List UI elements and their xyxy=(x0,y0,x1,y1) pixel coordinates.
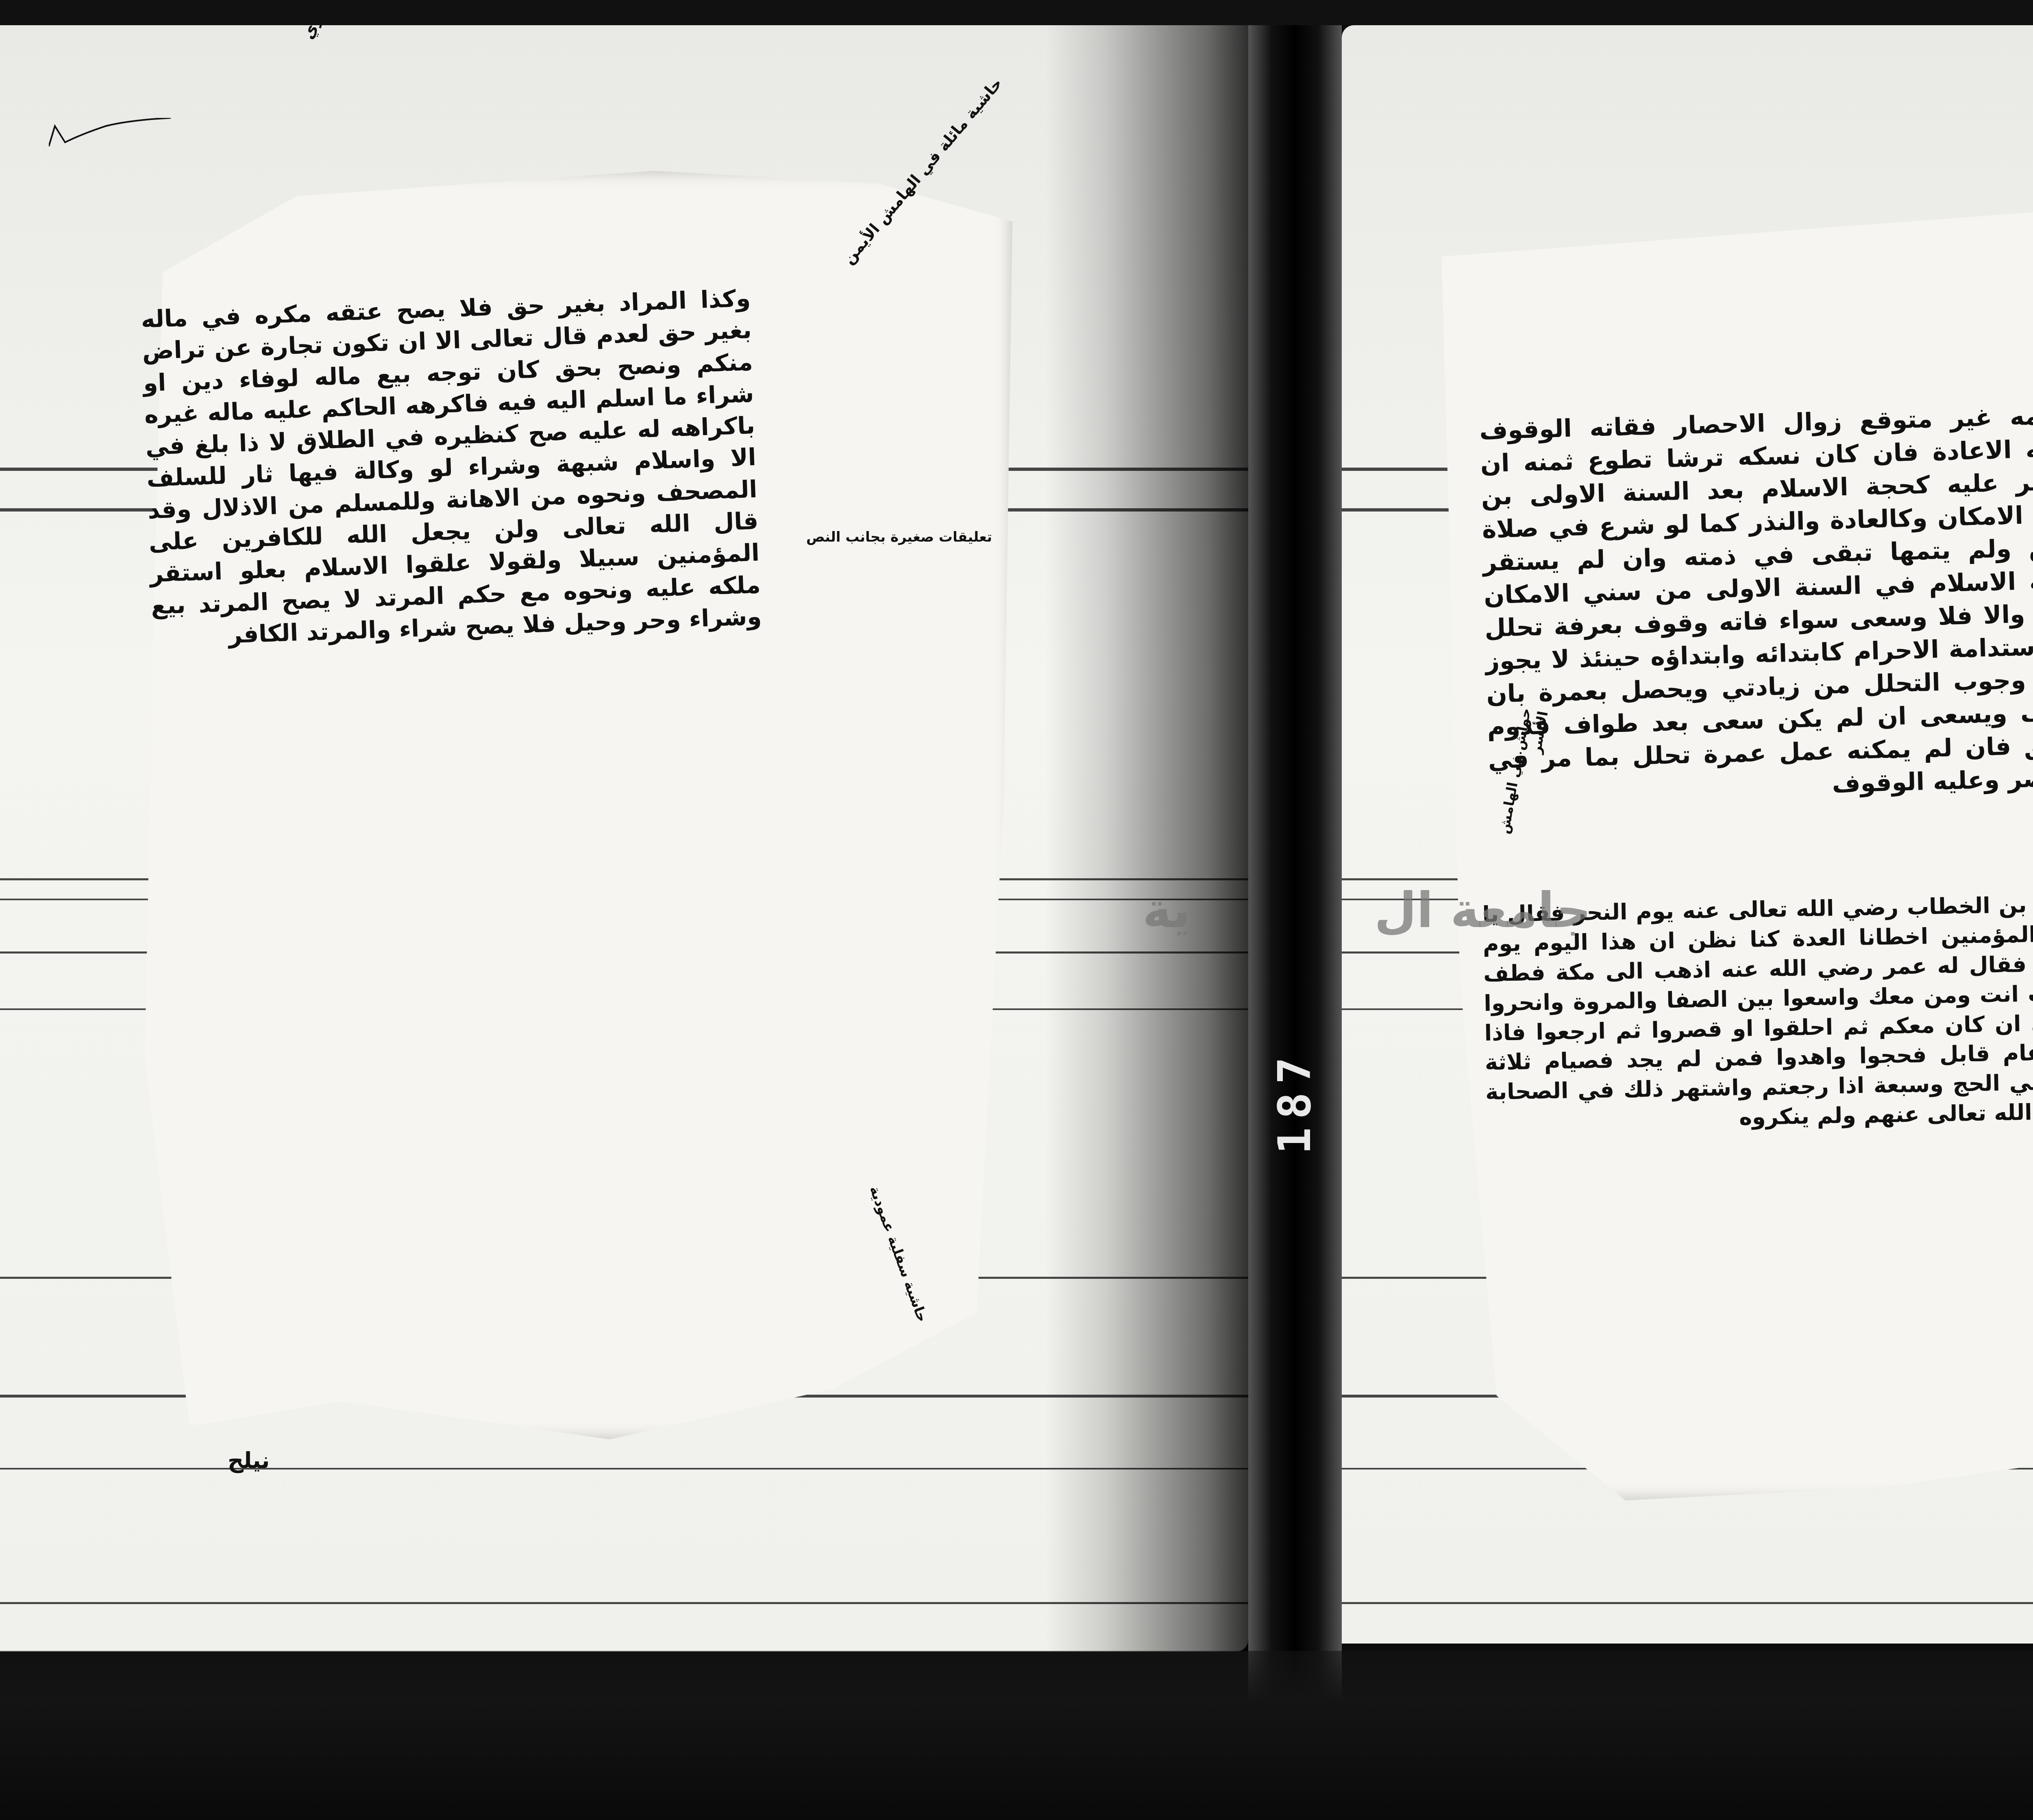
film-bottom-border xyxy=(0,1651,2033,1820)
watermark-right: جامعة ال xyxy=(1374,882,1591,939)
scan-artifact-line xyxy=(0,1602,2033,1604)
watermark-left: ية xyxy=(1143,882,1191,939)
left-gutter-shadow xyxy=(1045,25,1248,1652)
left-margin-note-side: تعليقات صغيرة بجانب النص xyxy=(748,529,992,546)
right-page-main-text: احرامه غير متوقع زوال الاحصار فقاته الوق… xyxy=(1479,399,2033,810)
film-gutter xyxy=(1248,25,1342,1820)
film-frame-number: 187 xyxy=(1269,1049,1317,1154)
left-page-catchword: نيلح xyxy=(228,1448,270,1473)
left-page-main-text: وكذا المراد بغير حق فلا يصح عتقه مكره في… xyxy=(140,282,762,653)
pen-mark-icon xyxy=(49,118,171,150)
